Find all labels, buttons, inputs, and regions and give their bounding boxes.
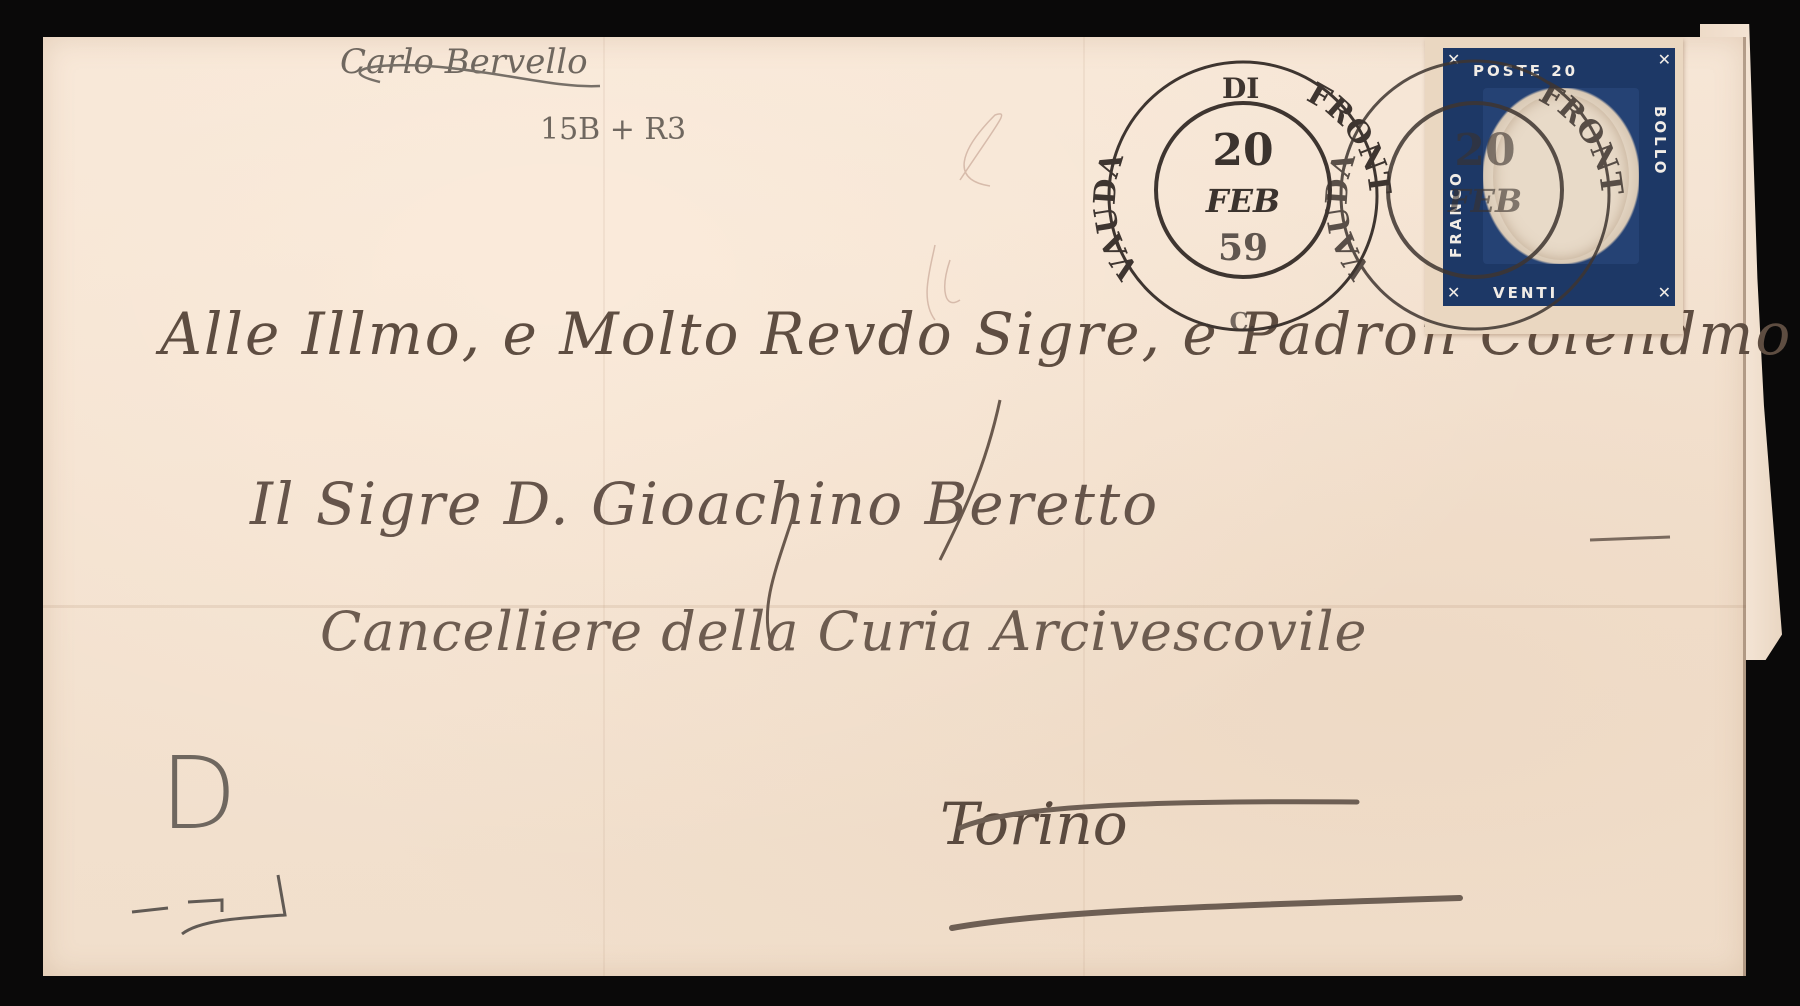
postage-stamp-20c: ✕ ✕ ✕ ✕ POSTE 20 VENTI FRANCO BOLLO	[1425, 38, 1683, 334]
stamp-right-text: BOLLO	[1651, 106, 1669, 177]
stamp-corner-ornament: ✕	[1658, 50, 1671, 69]
stamp-portrait-oval	[1493, 94, 1629, 260]
sheet-edge	[1743, 37, 1746, 976]
stamp-top-text: POSTE 20	[1473, 62, 1578, 80]
stamp-corner-ornament: ✕	[1658, 283, 1671, 302]
address-line-2: Il Sigre D. Gioachino Beretto	[250, 470, 1159, 538]
stamp-bottom-text: VENTI	[1493, 284, 1558, 302]
stamp-frame: ✕ ✕ ✕ ✕ POSTE 20 VENTI FRANCO BOLLO	[1443, 48, 1675, 306]
pencil-catalog-note: 15B + R3	[540, 112, 686, 147]
pencil-mark: D	[160, 735, 237, 852]
stamp-corner-ornament: ✕	[1447, 50, 1460, 69]
stamp-corner-ornament: ✕	[1447, 283, 1460, 302]
pencil-signature: Carlo Bervello	[340, 42, 588, 82]
address-line-3: Cancelliere della Curia Arcivescovile	[320, 600, 1367, 663]
stamp-left-text: FRANCO	[1447, 170, 1465, 258]
address-city: Torino	[940, 790, 1128, 858]
